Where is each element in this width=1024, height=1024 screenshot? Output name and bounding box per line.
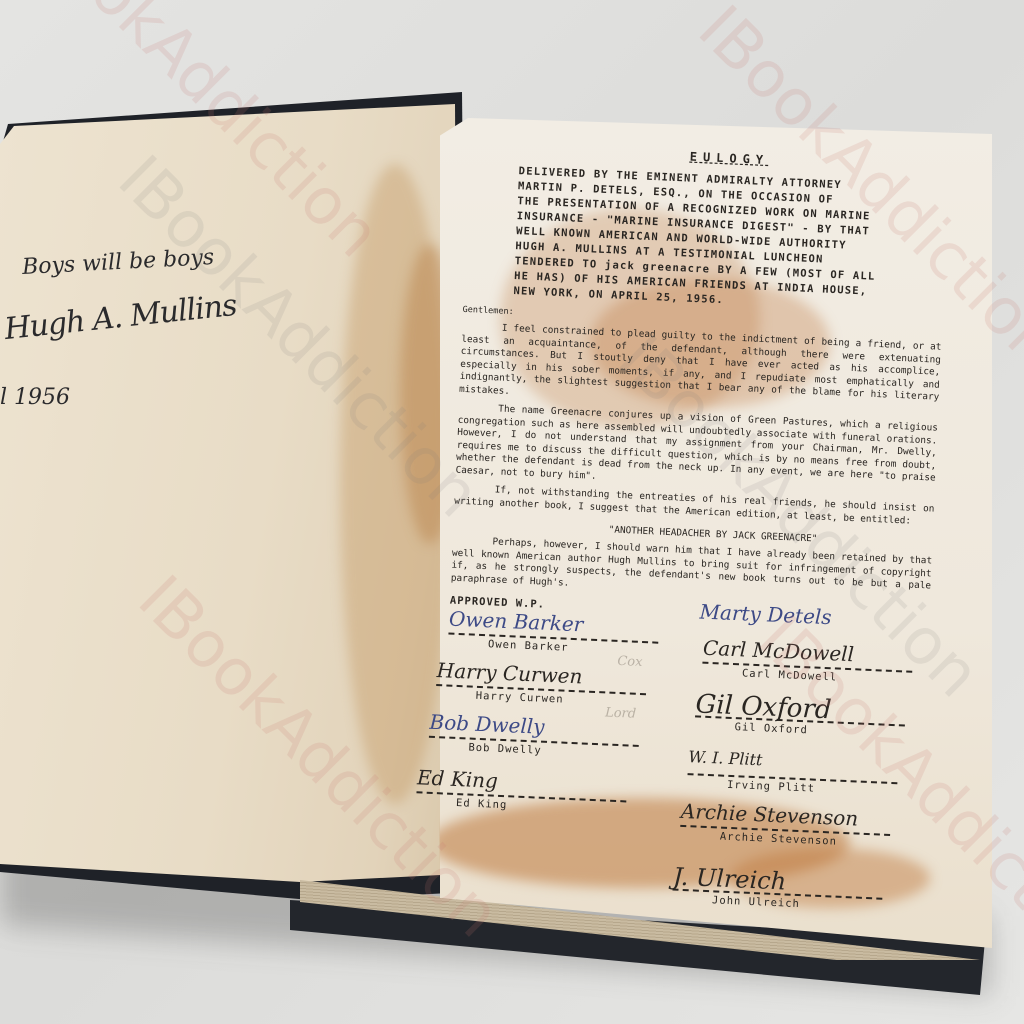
signature-block: Marty Detels Owen Barker Owen Barker Har… — [435, 607, 929, 958]
faint-offset-mark: Lord — [605, 705, 637, 721]
eulogy-document: EULOGY DELIVERED BY THE EMINENT ADMIRALT… — [435, 140, 949, 957]
signature-harry-curwen: Harry Curwen Harry Curwen — [436, 658, 648, 709]
handwritten-signature: Marty Detels — [699, 599, 910, 634]
signature-john-ulreich: J. Ulreich John Ulreich — [672, 863, 884, 914]
inscription-date: l 1956 — [0, 385, 70, 410]
faint-offset-mark: Cox — [617, 654, 643, 670]
heading-block: DELIVERED BY THE EMINENT ADMIRALTY ATTOR… — [513, 164, 948, 318]
paragraph: I feel constrained to plead guilty to th… — [459, 321, 942, 417]
handwritten-signature: J. Ulreich — [673, 863, 884, 898]
handwritten-signature: Gil Oxford — [695, 689, 906, 724]
left-endpaper — [0, 104, 460, 884]
signature-gil-oxford: Gil Oxford Gil Oxford — [694, 689, 906, 740]
signature-irving-plitt: W. I. Plitt Irving Plitt — [687, 747, 899, 798]
paragraph: The name Greenacre conjures up a vision … — [455, 402, 938, 498]
signature-ed-king: Ed King Ed King — [416, 765, 628, 816]
signature-archie-stevenson: Archie Stevenson Archie Stevenson — [680, 799, 892, 850]
foxing-stain — [340, 164, 450, 804]
signature-owen-barker: Owen Barker Owen Barker — [448, 607, 660, 658]
signature-carl-mcdowell: Carl McDowell Carl McDowell — [702, 636, 914, 687]
author-signature: Marty Detels — [699, 599, 910, 634]
